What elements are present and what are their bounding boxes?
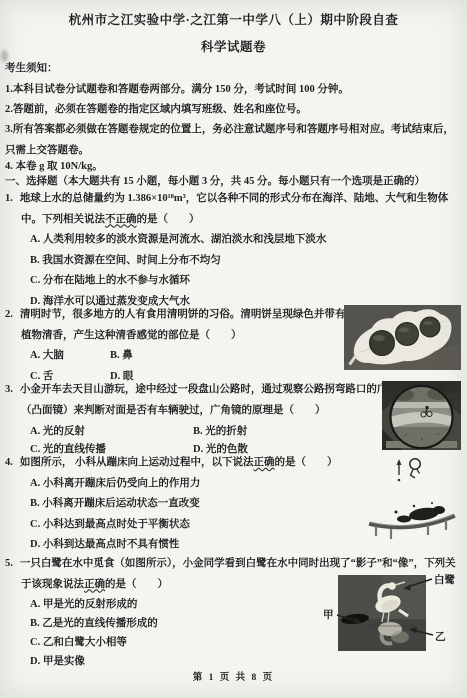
question-5: 5.一只白鹭在水中觅食（如图所示），小金同学看到白鹭在水中同时出现了“影子”和“… — [5, 554, 462, 671]
shadow-label: 甲 — [323, 606, 334, 627]
option-c: C. 小科达到最高点时处于平衡状态 — [30, 515, 360, 536]
question-3-stem: 3.小金开车去天目山游玩，途中经过一段盘山公路时，通过观察公路拐弯路口的广角镜（… — [5, 380, 425, 421]
stem-text: 的是（ ） — [275, 457, 338, 468]
qingming-cake-photo — [344, 305, 461, 370]
option-d: D. 小科到达最高点时不具有惯性 — [30, 535, 360, 556]
exam-paper-page: 杭州市之江实验中学·之江第一中学八（上）期中阶段自查 科学试题卷 考生须知： 1… — [0, 0, 467, 698]
question-number: 2. — [5, 309, 13, 320]
question-number: 1. — [5, 193, 13, 204]
stem-emphasis: 正确 — [84, 579, 105, 590]
option-b: B. 我国水资源在空间、时间上分布不均匀 — [30, 251, 462, 272]
reflection-label: 乙 — [435, 628, 446, 649]
stem-text: 地球上水的总储量约为 1.386×10¹⁸m³，它以各种不同的形式分布在海洋、陆… — [20, 193, 448, 225]
option-b: B. 光的折射 — [193, 426, 247, 437]
question-5-options: A. 甲是光的反射形成的 B. 乙是光的直线传播形成的 C. 乙和白鹭大小相等 … — [30, 595, 330, 671]
option-a: A. 人类利用较多的淡水资源是河流水、湖泊淡水和浅层地下淡水 — [30, 230, 462, 251]
question-2-stem: 2.清明时节，很多地方的人有食用清明饼的习俗。清明饼呈现绿色并带有植物清香，产生… — [5, 305, 355, 346]
question-1: 1.地球上水的总储量约为 1.386×10¹⁸m³，它以各种不同的形式分布在海洋… — [5, 189, 462, 313]
option-b: B. 乙是光的直线传播形成的 — [30, 614, 330, 633]
paper-title: 杭州市之江实验中学·之江第一中学八（上）期中阶段自查 — [0, 10, 467, 28]
stem-text: 的是（ ） — [105, 579, 168, 590]
option-b: B. 鼻 — [110, 350, 133, 361]
question-3: 3.小金开车去天目山游玩，途中经过一段盘山公路时，通过观察公路拐弯路口的广角镜（… — [5, 380, 462, 459]
question-1-options: A. 人类利用较多的淡水资源是河流水、湖泊淡水和浅层地下淡水 B. 我国水资源在… — [30, 230, 462, 312]
option-c: C. 分布在陆地上的水不参与水循环 — [30, 271, 462, 292]
option-c: C. 乙和白鹭大小相等 — [30, 633, 330, 652]
option-a: A. 光的反射 — [30, 423, 193, 441]
egret-figure: 白鹭 甲 乙 — [301, 568, 461, 656]
option-a: A. 大脑 — [30, 346, 110, 367]
question-2: 2.清明时节，很多地方的人有食用清明饼的习俗。清明饼呈现绿色并带有植物清香，产生… — [5, 305, 462, 387]
option-a: A. 甲是光的反射形成的 — [30, 595, 330, 614]
egret-photo — [338, 575, 426, 651]
stem-text: 清明时节，很多地方的人有食用清明饼的习俗。清明饼呈现绿色并带有植物清香，产生这种… — [20, 309, 346, 341]
paper-subtitle: 科学试题卷 — [0, 37, 467, 55]
option-a: A. 小科离开蹦床后仍受向上的作用力 — [30, 474, 360, 495]
question-4: 4.如图所示， 小科从蹦床向上运动过程中，以下说法正确的是（ ） A. 小科离开… — [5, 453, 462, 556]
notice-heading: 考生须知： — [5, 59, 461, 80]
convex-mirror-photo — [382, 381, 461, 450]
stem-text: 的是（ ） — [137, 214, 200, 225]
stem-emphasis: 正确 — [254, 457, 275, 468]
trampoline-illustration — [366, 498, 458, 542]
notice-item-2: 2.答题前，必须在答题卷的指定区域内填写班级、姓名和座位号。 — [5, 100, 461, 121]
question-number: 5. — [5, 558, 13, 569]
question-number: 4. — [5, 457, 13, 468]
option-b: B. 小科离开蹦床后运动状态一直改变 — [30, 494, 360, 515]
stem-text: 小金开车去天目山游玩，途中经过一段盘山公路时，通过观察公路拐弯路口的广角镜（凸面… — [20, 384, 409, 416]
question-number: 3. — [5, 384, 13, 395]
question-1-stem: 1.地球上水的总储量约为 1.386×10¹⁸m³，它以各种不同的形式分布在海洋… — [5, 189, 462, 230]
question-4-options: A. 小科离开蹦床后仍受向上的作用力 B. 小科离开蹦床后运动状态一直改变 C.… — [30, 474, 360, 556]
notice-item-3: 3.所有答案都必须做在答题卷规定的位置上，务必注意试题序号和答题序号相对应。考试… — [5, 120, 461, 161]
page-footer: 第 1 页 共 8 页 — [0, 669, 467, 683]
jumping-figure-illustration — [394, 456, 428, 488]
stem-emphasis: 不正确 — [105, 214, 137, 225]
egret-label: 白鹭 — [434, 571, 455, 592]
stem-text: 如图所示， 小科从蹦床向上运动过程中，以下说法 — [20, 457, 254, 468]
notice-item-1: 1.本科目试卷分试题卷和答题卷两部分。满分 150 分，考试时间 100 分钟。 — [5, 80, 461, 101]
